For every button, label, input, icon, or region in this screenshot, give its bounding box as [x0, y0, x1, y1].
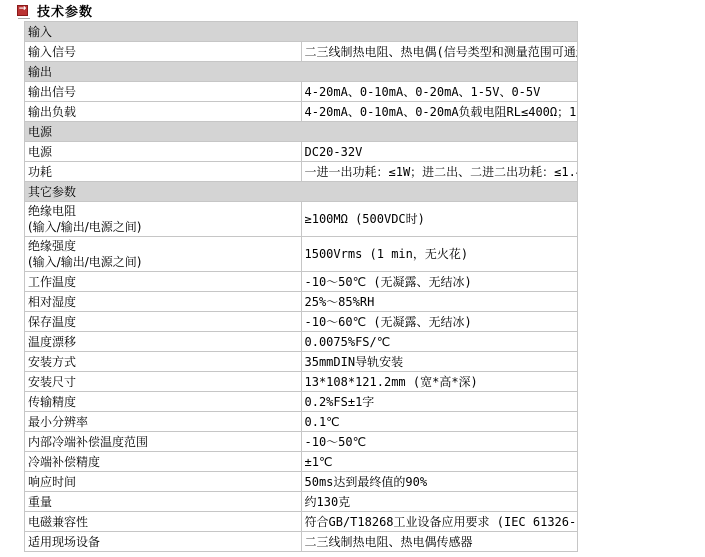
spec-value: -10～60℃ (无凝露、无结冰)	[301, 312, 578, 332]
spec-label: 内部冷端补偿温度范围	[25, 432, 302, 452]
spec-row: 安装尺寸13*108*121.2mm (宽*高*深)	[25, 372, 578, 392]
spec-label: 重量	[25, 492, 302, 512]
spec-value: 35mmDIN导轨安装	[301, 352, 578, 372]
spec-label: 电磁兼容性	[25, 512, 302, 532]
spec-row: 输入信号二三线制热电阻、热电偶(信号类型和测量范围可通过配套的上位机软件进行编程…	[25, 42, 578, 62]
spec-row: 输出负载4-20mA、0-10mA、0-20mA负载电阻RL≤400Ω；1-5V…	[25, 102, 578, 122]
section-row-0: 输入	[25, 22, 578, 42]
section-header: 输入	[25, 22, 578, 42]
spec-row: 最小分辨率0.1℃	[25, 412, 578, 432]
spec-label: 温度漂移	[25, 332, 302, 352]
page-title: 技术参数	[37, 1, 93, 20]
section-header: 电源	[25, 122, 578, 142]
spec-row: 响应时间50ms达到最终值的90%	[25, 472, 578, 492]
spec-row: 相对湿度25%～85%RH	[25, 292, 578, 312]
section-row-2: 电源	[25, 122, 578, 142]
spec-value: ≥100MΩ (500VDC时)	[301, 202, 578, 237]
spec-value: -10～50℃ (无凝露、无结冰)	[301, 272, 578, 292]
spec-label: 安装尺寸	[25, 372, 302, 392]
spec-label: 绝缘强度(输入/输出/电源之间)	[25, 237, 302, 272]
spec-value: 13*108*121.2mm (宽*高*深)	[301, 372, 578, 392]
spec-label: 电源	[25, 142, 302, 162]
section-header: 其它参数	[25, 182, 578, 202]
spec-row: 适用现场设备二三线制热电阻、热电偶传感器	[25, 532, 578, 552]
spec-value: 一进一出功耗：≤1W；进二出、二进二出功耗：≤1.4W	[301, 162, 578, 182]
spec-label-line1: 绝缘强度	[28, 238, 299, 254]
spec-label: 冷端补偿精度	[25, 452, 302, 472]
spec-label: 最小分辨率	[25, 412, 302, 432]
spec-value: 0.0075%FS/℃	[301, 332, 578, 352]
spec-label: 传输精度	[25, 392, 302, 412]
spec-row: 传输精度0.2%FS±1字	[25, 392, 578, 412]
spec-value: 0.1℃	[301, 412, 578, 432]
spec-row: 功耗一进一出功耗：≤1W；进二出、二进二出功耗：≤1.4W	[25, 162, 578, 182]
section-title-row: → 技术参数	[17, 2, 705, 18]
spec-label-line1: 绝缘电阻	[28, 203, 299, 219]
spec-value: -10～50℃	[301, 432, 578, 452]
spec-value: 二三线制热电阻、热电偶(信号类型和测量范围可通过配套的上位机软件进行编程)	[301, 42, 578, 62]
spec-label: 工作温度	[25, 272, 302, 292]
spec-row: 工作温度-10～50℃ (无凝露、无结冰)	[25, 272, 578, 292]
spec-value: 50ms达到最终值的90%	[301, 472, 578, 492]
spec-label-line2: (输入/输出/电源之间)	[28, 219, 299, 235]
spec-table: 输入输入信号二三线制热电阻、热电偶(信号类型和测量范围可通过配套的上位机软件进行…	[24, 21, 578, 552]
spec-label: 输出信号	[25, 82, 302, 102]
spec-row: 绝缘强度(输入/输出/电源之间)1500Vrms (1 min，无火花)	[25, 237, 578, 272]
spec-value: 约130克	[301, 492, 578, 512]
spec-value: 4-20mA、0-10mA、0-20mA、1-5V、0-5V	[301, 82, 578, 102]
spec-row: 温度漂移0.0075%FS/℃	[25, 332, 578, 352]
spec-row: 内部冷端补偿温度范围-10～50℃	[25, 432, 578, 452]
spec-label-line2: (输入/输出/电源之间)	[28, 254, 299, 270]
spec-label: 适用现场设备	[25, 532, 302, 552]
spec-row: 安装方式35mmDIN导轨安装	[25, 352, 578, 372]
spec-label: 输入信号	[25, 42, 302, 62]
red-arrow-bullet-icon: →	[17, 5, 28, 16]
spec-value: DC20-32V	[301, 142, 578, 162]
spec-value: ±1℃	[301, 452, 578, 472]
spec-label: 保存温度	[25, 312, 302, 332]
spec-row: 绝缘电阻(输入/输出/电源之间)≥100MΩ (500VDC时)	[25, 202, 578, 237]
spec-value: 二三线制热电阻、热电偶传感器	[301, 532, 578, 552]
spec-value: 25%～85%RH	[301, 292, 578, 312]
section-row-3: 其它参数	[25, 182, 578, 202]
arrow-right-icon: →	[18, 4, 27, 15]
spec-label: 绝缘电阻(输入/输出/电源之间)	[25, 202, 302, 237]
spec-row: 重量约130克	[25, 492, 578, 512]
spec-row: 冷端补偿精度±1℃	[25, 452, 578, 472]
spec-label: 功耗	[25, 162, 302, 182]
section-header: 输出	[25, 62, 578, 82]
spec-label: 相对湿度	[25, 292, 302, 312]
spec-label: 安装方式	[25, 352, 302, 372]
spec-row: 电源DC20-32V	[25, 142, 578, 162]
spec-row: 输出信号4-20mA、0-10mA、0-20mA、1-5V、0-5V	[25, 82, 578, 102]
spec-value: 0.2%FS±1字	[301, 392, 578, 412]
spec-label: 响应时间	[25, 472, 302, 492]
section-row-1: 输出	[25, 62, 578, 82]
page: → 技术参数 输入输入信号二三线制热电阻、热电偶(信号类型和测量范围可通过配套的…	[0, 0, 705, 557]
spec-row: 电磁兼容性符合GB/T18268工业设备应用要求 (IEC 61326-1)	[25, 512, 578, 532]
spec-label: 输出负载	[25, 102, 302, 122]
spec-value: 4-20mA、0-10mA、0-20mA负载电阻RL≤400Ω；1-5V、0-5…	[301, 102, 578, 122]
spec-row: 保存温度-10～60℃ (无凝露、无结冰)	[25, 312, 578, 332]
spec-value: 符合GB/T18268工业设备应用要求 (IEC 61326-1)	[301, 512, 578, 532]
spec-table-body: 输入输入信号二三线制热电阻、热电偶(信号类型和测量范围可通过配套的上位机软件进行…	[25, 22, 578, 552]
spec-value: 1500Vrms (1 min，无火花)	[301, 237, 578, 272]
